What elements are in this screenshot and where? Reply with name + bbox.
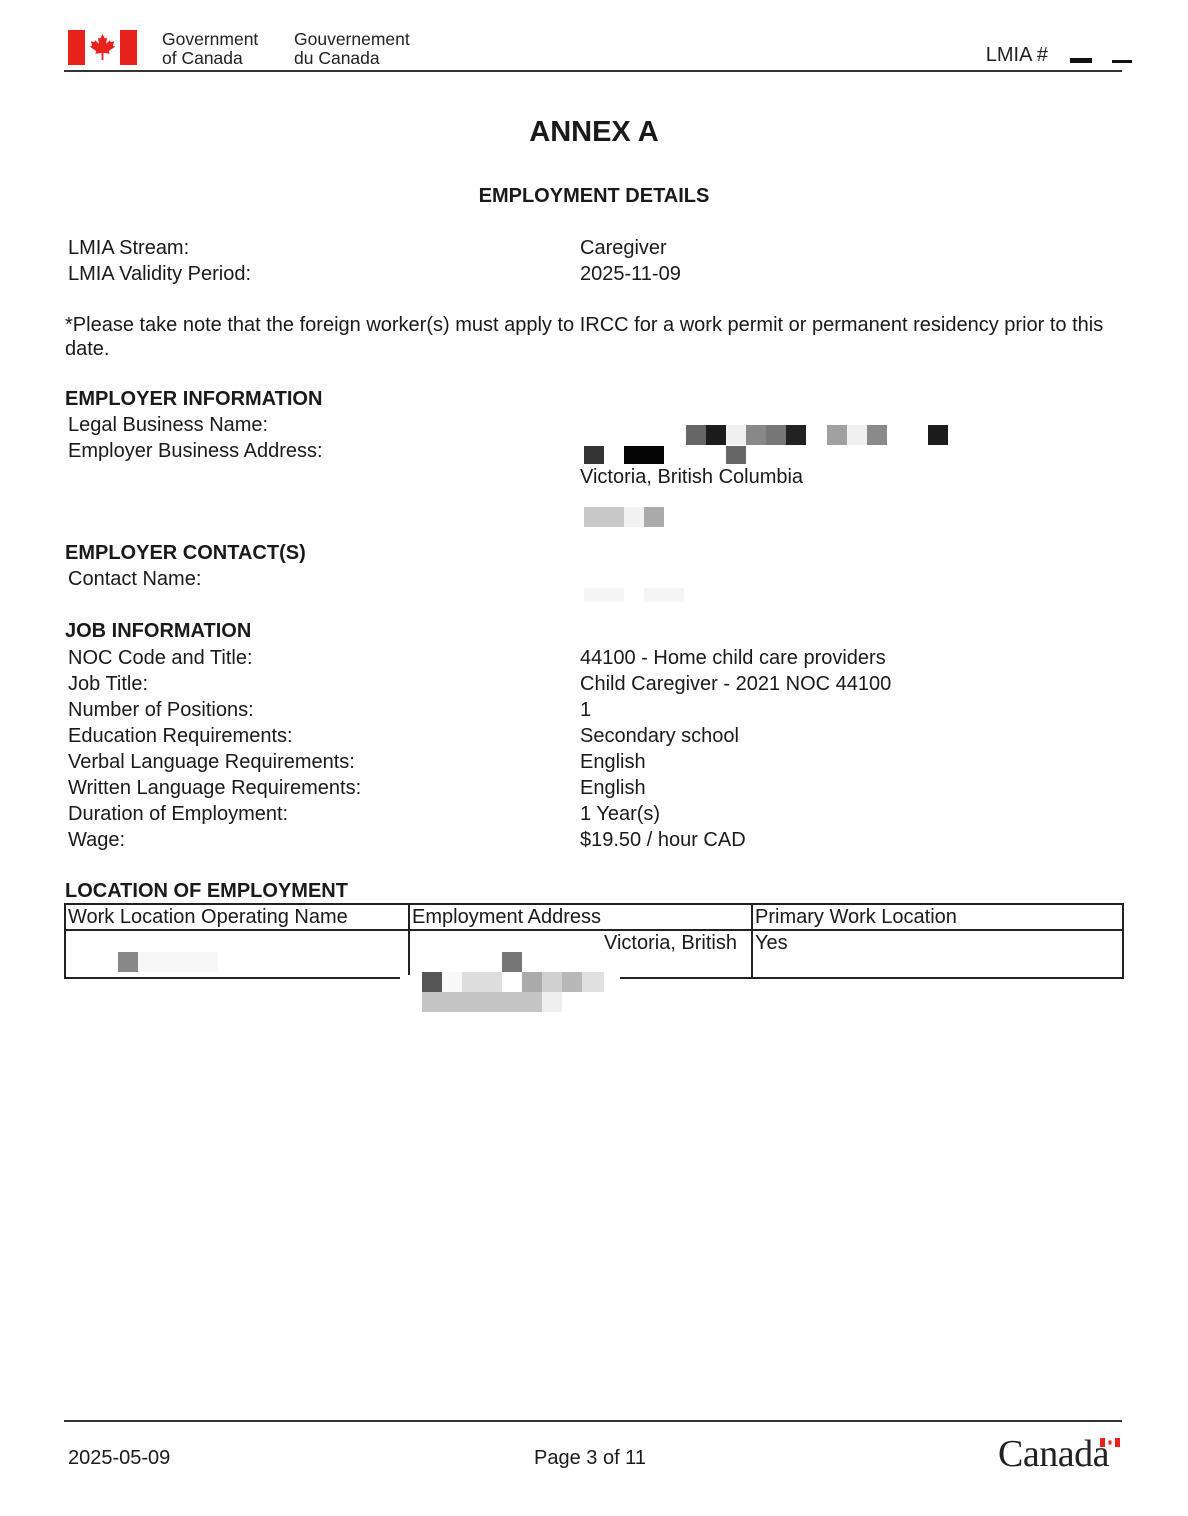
noc-code-label: NOC Code and Title:: [68, 645, 253, 671]
duration-label: Duration of Employment:: [68, 801, 288, 827]
lmia-stream-value: Caregiver: [580, 235, 667, 261]
job-information-heading: JOB INFORMATION: [65, 618, 251, 644]
gov-en-line2: of Canada: [162, 49, 258, 68]
legal-business-name-label: Legal Business Name:: [68, 412, 268, 438]
gov-fr-line2: du Canada: [294, 49, 410, 68]
wordmark-flag-icon: [1100, 1438, 1120, 1447]
location-table: Work Location Operating Name Employment …: [64, 903, 1124, 979]
header-rule: [64, 70, 1122, 72]
canada-wordmark: Canada: [998, 1432, 1109, 1476]
employer-contacts-heading: EMPLOYER CONTACT(S): [65, 540, 306, 566]
gov-fr-line1: Gouvernement: [294, 30, 410, 49]
positions-label: Number of Positions:: [68, 697, 254, 723]
employer-address-label: Employer Business Address:: [68, 438, 323, 464]
positions-value: 1: [580, 697, 591, 723]
wage-label: Wage:: [68, 827, 125, 853]
redaction-block: [1070, 58, 1092, 63]
lmia-validity-label: LMIA Validity Period:: [68, 261, 251, 287]
education-label: Education Requirements:: [68, 723, 293, 749]
col-operating-name: Work Location Operating Name: [65, 904, 409, 930]
section-subtitle: EMPLOYMENT DETAILS: [0, 185, 1188, 208]
duration-value: 1 Year(s): [580, 801, 660, 827]
page-title: ANNEX A: [0, 116, 1188, 149]
employer-address-city: Victoria, British Columbia: [580, 464, 803, 490]
lmia-number-label: LMIA #: [986, 44, 1048, 67]
wage-value: $19.50 / hour CAD: [580, 827, 746, 853]
employment-address-cell: Victoria, British: [409, 930, 752, 978]
gov-en-line1: Government: [162, 30, 258, 49]
page-number: Page 3 of 11: [534, 1447, 646, 1470]
redaction-block: [1112, 60, 1132, 63]
maple-leaf-icon: [89, 32, 116, 63]
footer-date: 2025-05-09: [68, 1447, 170, 1470]
canada-flag-logo: [68, 30, 137, 65]
education-value: Secondary school: [580, 723, 739, 749]
flag-red-bar-right: [120, 30, 137, 65]
footer-rule: [64, 1420, 1122, 1422]
col-primary-location: Primary Work Location: [752, 904, 1123, 930]
location-heading: LOCATION OF EMPLOYMENT: [65, 878, 348, 904]
written-language-value: English: [580, 775, 646, 801]
gov-signature-en: Government of Canada: [162, 30, 258, 68]
noc-code-value: 44100 - Home child care providers: [580, 645, 886, 671]
gov-signature-fr: Gouvernement du Canada: [294, 30, 410, 68]
contact-name-label: Contact Name:: [68, 566, 201, 592]
validity-note: *Please take note that the foreign worke…: [65, 313, 1135, 361]
primary-location-cell: Yes: [752, 930, 1123, 978]
flag-red-bar-left: [68, 30, 85, 65]
job-title-label: Job Title:: [68, 671, 148, 697]
table-row: Victoria, British Yes: [65, 930, 1123, 978]
employer-information-heading: EMPLOYER INFORMATION: [65, 386, 322, 412]
operating-name-cell: [65, 930, 409, 978]
written-language-label: Written Language Requirements:: [68, 775, 361, 801]
lmia-validity-value: 2025-11-09: [580, 261, 681, 287]
job-title-value: Child Caregiver - 2021 NOC 44100: [580, 671, 891, 697]
verbal-language-value: English: [580, 749, 646, 775]
lmia-stream-label: LMIA Stream:: [68, 235, 189, 261]
verbal-language-label: Verbal Language Requirements:: [68, 749, 355, 775]
col-employment-address: Employment Address: [409, 904, 752, 930]
table-header-row: Work Location Operating Name Employment …: [65, 904, 1123, 930]
